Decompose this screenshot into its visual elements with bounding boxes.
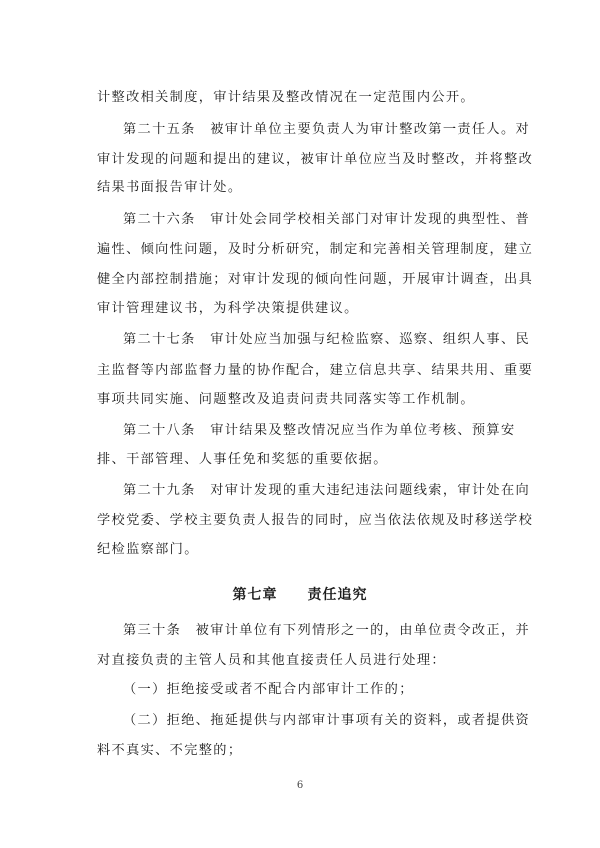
document-page: 计整改相关制度，审计结果及整改情况在一定范围内公开。 第二十五条 被审计单位主要…: [0, 0, 600, 848]
page-number: 6: [0, 780, 600, 791]
chapter-heading: 第七章 责任追究: [0, 584, 600, 604]
text-line: 主监督等内部监督力量的协作配合，建立信息共享、结果共用、重要: [97, 362, 517, 380]
text-line: 料不真实、不完整的；: [97, 742, 517, 760]
text-line: 事项共同实施、问题整改及追责问责共同落实等工作机制。: [97, 391, 517, 409]
text-line: 健全内部控制措施；对审计发现的倾向性问题，开展审计调查，出具: [97, 271, 517, 289]
article-30-line: 第三十条 被审计单位有下列情形之一的，由单位责令改正，并: [123, 622, 543, 640]
text-line: 计整改相关制度，审计结果及整改情况在一定范围内公开。: [97, 89, 517, 107]
text-line: 排、干部管理、人事任免和奖惩的重要依据。: [97, 451, 517, 469]
text-line: 纪检监察部门。: [97, 541, 517, 559]
list-item: （二）拒绝、拖延提供与内部审计事项有关的资料，或者提供资: [123, 712, 543, 730]
text-line: 结果书面报告审计处。: [97, 179, 517, 197]
article-27-line: 第二十七条 审计处应当加强与纪检监察、巡察、组织人事、民: [123, 331, 543, 349]
text-line: 审计发现的问题和提出的建议，被审计单位应当及时整改，并将整改: [97, 151, 517, 169]
article-25-line: 第二十五条 被审计单位主要负责人为审计整改第一责任人。对: [123, 121, 543, 139]
article-28-line: 第二十八条 审计结果及整改情况应当作为单位考核、预算安: [123, 422, 543, 440]
article-29-line: 第二十九条 对审计发现的重大违纪违法问题线索，审计处在向: [123, 482, 543, 500]
list-item: （一）拒绝接受或者不配合内部审计工作的；: [123, 681, 543, 699]
text-line: 审计管理建议书，为科学决策提供建议。: [97, 300, 517, 318]
text-line: 对直接负责的主管人员和其他直接责任人员进行处理：: [97, 652, 517, 670]
text-line: 遍性、倾向性问题，及时分析研究，制定和完善相关管理制度，建立: [97, 241, 517, 259]
article-26-line: 第二十六条 审计处会同学校相关部门对审计发现的典型性、普: [123, 211, 543, 229]
text-line: 学校党委、学校主要负责人报告的同时，应当依法依规及时移送学校: [97, 512, 517, 530]
